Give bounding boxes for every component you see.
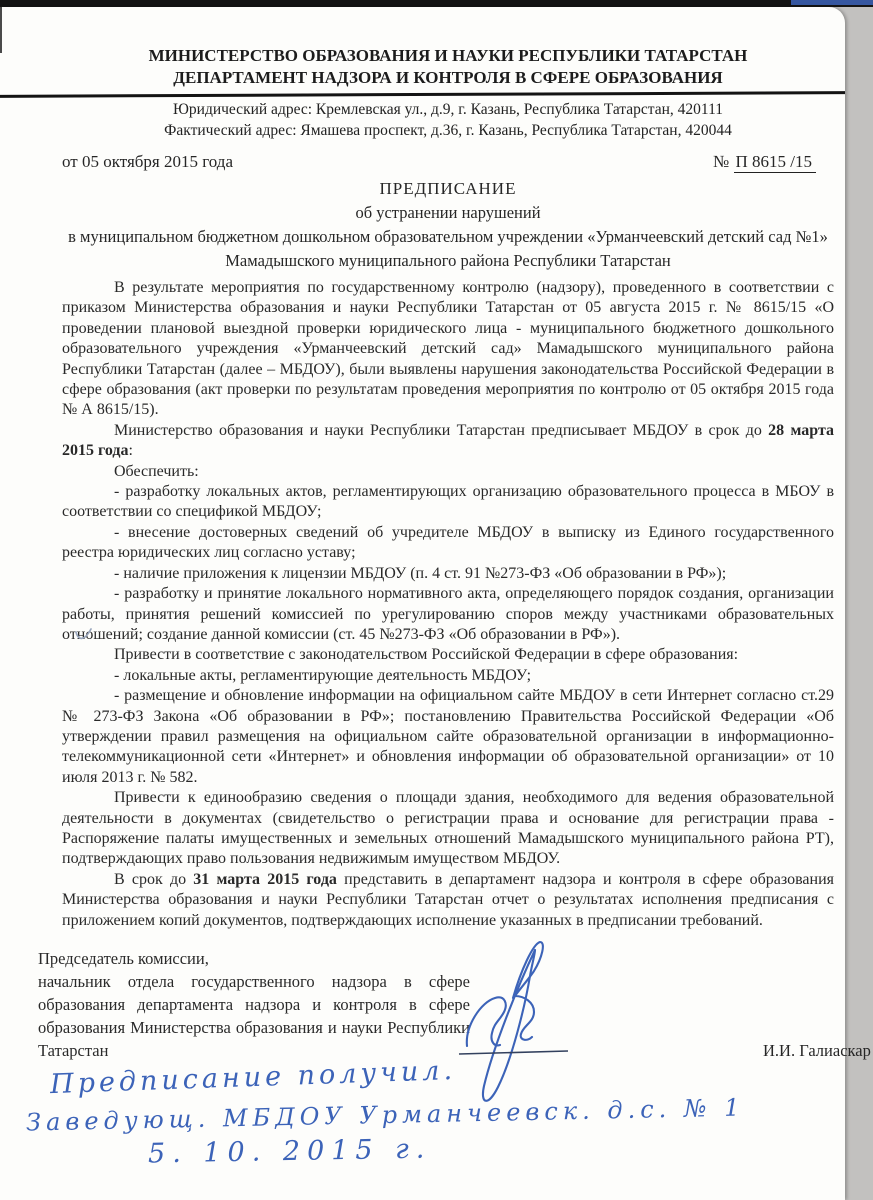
document-paper: МИНИСТЕРСТВО ОБРАЗОВАНИЯ И НАУКИ РЕСПУБЛ… <box>0 7 845 1200</box>
document-number: № П 8615 /15 <box>713 150 816 174</box>
doc-institution: в муниципальном бюджетном дошкольном обр… <box>62 225 834 273</box>
list-item-local-acts: - разработку локальных актов, регламенти… <box>62 482 834 523</box>
signatory-name: И.И. Галиаскар <box>763 1041 871 1061</box>
pen-checkmark-icon <box>74 627 94 645</box>
signature-ink <box>453 936 588 1116</box>
document-content: МИНИСТЕРСТВО ОБРАЗОВАНИЯ И НАУКИ РЕСПУБЛ… <box>62 45 834 1062</box>
report-date-bold: 31 марта 2015 года <box>193 871 337 888</box>
list-item-dispute-commission: - разработку и принятие локального норма… <box>62 584 834 645</box>
number-prefix: № <box>713 152 729 171</box>
paragraph-report-deadline: В срок до 31 марта 2015 года представить… <box>62 870 834 931</box>
handwriting-date-note: 5. 10. 2015 г. <box>148 1134 432 1170</box>
department-title: ДЕПАРТАМЕНТ НАДЗОРА И КОНТРОЛЯ В СФЕРЕ О… <box>62 67 834 89</box>
list-item-website-info: - размещение и обновление информации на … <box>62 686 834 788</box>
scanned-document-page: { "document": { "header": { "ministry": … <box>0 0 873 1200</box>
paragraph-deadline-order: Министерство образования и науки Республ… <box>62 421 834 462</box>
document-date: от 05 октября 2015 года <box>62 150 233 174</box>
list-item-license-annex: - наличие приложения к лицензии МБДОУ (п… <box>62 564 834 584</box>
list-item-registry-info: - внесение достоверных сведений об учред… <box>62 523 834 564</box>
meta-row: от 05 октября 2015 года № П 8615 /15 <box>62 150 834 174</box>
ministry-title: МИНИСТЕРСТВО ОБРАЗОВАНИЯ И НАУКИ РЕСПУБЛ… <box>62 45 834 67</box>
signature-role-rest: начальник отдела государственного надзор… <box>38 970 470 1062</box>
signature-role-block: Председатель комиссии, начальник отдела … <box>38 947 470 1062</box>
scan-edge-left <box>0 7 2 53</box>
signature-line <box>459 1051 568 1054</box>
header-rule <box>0 91 845 98</box>
paragraph-inspection-result: В результате мероприятия по государствен… <box>62 278 834 421</box>
scan-edge-top <box>0 0 873 7</box>
scan-edge-top-blue <box>791 0 873 5</box>
number-value: П 8615 /15 <box>734 152 817 173</box>
document-body: В результате мероприятия по государствен… <box>62 278 834 931</box>
paragraph-building-area: Привести к единообразию сведения о площа… <box>62 788 834 870</box>
paragraph-bring-into-compliance: Привести в соответствие с законодательст… <box>62 645 834 665</box>
actual-address: Фактический адрес: Ямашева проспект, д.3… <box>62 120 834 141</box>
doc-title: ПРЕДПИСАНИЕ <box>62 176 834 201</box>
legal-address: Юридический адрес: Кремлевская ул., д.9,… <box>62 99 834 120</box>
list-ensure-header: Обеспечить: <box>62 462 834 482</box>
list-item-activity-acts: - локальные акты, регламентирующие деяте… <box>62 666 834 686</box>
doc-subtitle: об устранении нарушений <box>62 201 834 225</box>
signature-role-line1: Председатель комиссии, <box>38 947 470 970</box>
